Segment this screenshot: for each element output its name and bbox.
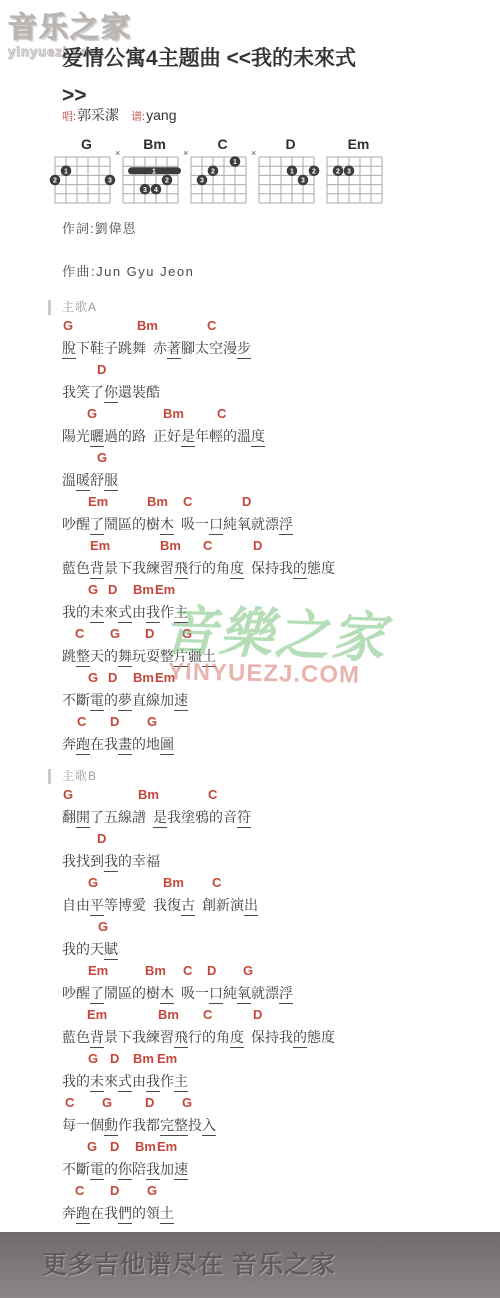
chord-token: Em: [87, 1007, 107, 1022]
chord-token: Bm: [147, 494, 168, 509]
lyric-char: 自: [62, 895, 76, 915]
credit-line: 唱:郭采潔谱:yang: [62, 105, 188, 125]
lyric-char: 區: [118, 514, 132, 534]
lyric-char: 一: [195, 983, 209, 1003]
lyric-char: 角: [216, 558, 230, 578]
lyricist-line: 作詞:劉偉恩: [62, 218, 137, 237]
chord-line: CDG: [62, 1183, 422, 1203]
lyric-char: 加: [160, 690, 174, 710]
lyric-char: 電: [90, 690, 104, 711]
lyric-char: 好: [167, 426, 181, 446]
lyric-char: 的: [293, 1027, 307, 1048]
chord-token: C: [207, 318, 216, 333]
lyric-char: 主: [174, 602, 188, 623]
lyric-line: 我笑了你還裝酷: [62, 382, 422, 406]
lyric-char: 每: [62, 1115, 76, 1135]
chord-token: G: [147, 714, 157, 729]
chord-token: C: [217, 406, 226, 421]
lyric-line: 跳整天的舞玩耍整片疆土: [62, 646, 422, 670]
lyric-char: 飛: [174, 558, 188, 579]
chord-line: G: [62, 450, 422, 470]
chord-diagram-Bm: Bm×1234: [115, 136, 178, 206]
lyric-char: 的: [104, 1159, 118, 1179]
lyric-char: 符: [237, 807, 251, 828]
verse-label-bar: [48, 300, 51, 315]
lyric-char: 舞: [132, 338, 146, 358]
lyric-char: 飛: [174, 1027, 188, 1048]
chord-token: C: [183, 494, 192, 509]
chord-token: Bm: [158, 1007, 179, 1022]
lyric-char: 的: [132, 734, 146, 754]
lyric-char: 由: [132, 1071, 146, 1091]
lyric-line: 我找到我的幸福: [62, 851, 422, 875]
lyric-char: 片: [174, 646, 188, 667]
lyric-char: 酷: [146, 382, 160, 402]
chord-token: D: [145, 1095, 154, 1110]
lyric-char: 正: [153, 426, 167, 446]
lyric-char: 脫: [62, 338, 76, 359]
lyric-char: 創: [202, 895, 216, 915]
chord-diagram-D: D×123: [251, 136, 314, 206]
lyric-char: 是: [153, 807, 167, 828]
chord-diagram-Em: Em23: [319, 136, 382, 206]
lyric-char: 們: [118, 1203, 132, 1224]
lyric-line: 藍色背景下我練習飛行的角度保持我的態度: [62, 558, 422, 582]
lyric-char: 整: [174, 1115, 188, 1136]
lyric-char: 陽: [62, 426, 76, 446]
chord-line: EmBmCD: [62, 538, 422, 558]
lyric-char: 由: [76, 895, 90, 915]
lyric-char: 的: [76, 602, 90, 622]
lyric-char: 藍: [62, 558, 76, 578]
chord-token: Em: [157, 1051, 177, 1066]
lyric-char: 舒: [90, 470, 104, 490]
svg-text:3: 3: [200, 178, 204, 185]
chord-line: D: [62, 831, 422, 851]
lyric-line: 自由平等博愛我復古創新演出: [62, 895, 422, 919]
lyric-char: 吸: [181, 514, 195, 534]
lyric-char: 的: [209, 807, 223, 827]
lyric-char: 我: [279, 1027, 293, 1047]
lyric-char: 木: [160, 983, 174, 1004]
lyric-char: 路: [132, 426, 146, 446]
lyric-char: 一: [195, 514, 209, 534]
lyric-char: 笑: [76, 382, 90, 402]
lyric-char: 賦: [104, 939, 118, 960]
chord-token: G: [102, 1095, 112, 1110]
lyric-char: 度: [251, 426, 265, 447]
chord-token: Bm: [145, 963, 166, 978]
lyric-char: 我: [104, 851, 118, 872]
chord-line: CDG: [62, 714, 422, 734]
lyric-char: 我: [62, 382, 76, 402]
lyric-char: 態: [307, 558, 321, 578]
svg-text:3: 3: [301, 178, 305, 185]
lyric-char: 色: [76, 1027, 90, 1047]
lyric-char: 裝: [132, 382, 146, 402]
lyric-line: 我的天賦: [62, 939, 422, 963]
lyric-char: 我: [62, 602, 76, 622]
lyric-char: 行: [188, 1027, 202, 1047]
chord-token: G: [88, 1051, 98, 1066]
svg-text:1: 1: [152, 168, 156, 175]
chord-token: Bm: [133, 670, 154, 685]
lyric-char: 未: [90, 602, 104, 623]
lyric-char: 譜: [132, 807, 146, 827]
chord-token: C: [208, 787, 217, 802]
lyric-char: 我: [279, 558, 293, 578]
chord-token: D: [253, 1007, 262, 1022]
singer-label: 唱:: [62, 111, 76, 123]
lyric-char: 暖: [76, 470, 90, 491]
lyric-char: 度: [230, 1027, 244, 1048]
lyric-char: 的: [104, 690, 118, 710]
lyric-char: 由: [132, 602, 146, 622]
chord-line: GBmC: [62, 787, 422, 807]
chord-line: GDBmEm: [62, 670, 422, 690]
lyric-char: 都: [146, 1115, 160, 1135]
chord-line: EmBmCDG: [62, 963, 422, 983]
lyric-char: 習: [160, 558, 174, 578]
lyric-line: 溫暖舒服: [62, 470, 422, 494]
lyric-char: 舞: [118, 646, 132, 667]
lyric-char: 到: [90, 851, 104, 871]
chord-token: G: [63, 787, 73, 802]
lyric-char: 過: [104, 426, 118, 446]
lyric-char: 下: [118, 558, 132, 578]
svg-text:1: 1: [64, 168, 68, 175]
lyric-char: 空: [209, 338, 223, 358]
lyric-char: 漫: [223, 338, 237, 358]
lyric-char: 未: [90, 1071, 104, 1092]
lyric-char: 練: [146, 1027, 160, 1047]
lyric-char: 不: [62, 690, 76, 710]
lyric-char: 木: [160, 514, 174, 535]
chord-token: G: [87, 1139, 97, 1154]
lyric-char: 的: [293, 558, 307, 579]
lyric-char: 是: [181, 426, 195, 447]
lyric-char: 角: [216, 1027, 230, 1047]
lyric-char: 光: [76, 426, 90, 446]
lyric-char: 景: [104, 1027, 118, 1047]
lyric-char: 的: [202, 558, 216, 578]
chord-token: Em: [90, 538, 110, 553]
verse-section: 主歌AGBmC脫下鞋子跳舞赤著腳太空漫步D我笑了你還裝酷GBmC陽光曬過的路正好…: [62, 299, 422, 758]
chord-token: D: [108, 670, 117, 685]
lyric-char: 的: [76, 1071, 90, 1091]
lyric-char: 愛: [132, 895, 146, 915]
lyric-char: 純: [223, 983, 237, 1003]
chord-diagram-G: G123: [47, 136, 110, 206]
lyric-char: 新: [216, 895, 230, 915]
chord-grid: 23: [319, 152, 382, 206]
lyric-char: 的: [202, 1027, 216, 1047]
lyric-char: 速: [174, 1159, 188, 1180]
chord-diagram-C: C×123: [183, 136, 246, 206]
lyric-line: 每一個動作我都完整投入: [62, 1115, 422, 1139]
chord-token: D: [145, 626, 154, 641]
lyric-char: 就: [251, 514, 265, 534]
lyric-char: 度: [321, 1027, 335, 1047]
svg-text:3: 3: [347, 168, 351, 175]
chord-token: D: [97, 831, 106, 846]
lyric-char: 態: [307, 1027, 321, 1047]
lyric-char: 下: [76, 338, 90, 358]
lyric-char: 斷: [76, 1159, 90, 1179]
lyric-char: 的: [76, 939, 90, 959]
chord-token: Bm: [133, 582, 154, 597]
chord-token: C: [203, 1007, 212, 1022]
lyric-char: 我: [104, 1203, 118, 1223]
lyric-char: 服: [104, 470, 118, 491]
lyric-char: 藍: [62, 1027, 76, 1047]
lyric-char: 領: [146, 1203, 160, 1223]
lyric-char: 塗: [181, 807, 195, 827]
lyric-char: 跳: [62, 646, 76, 666]
chord-token: Em: [88, 494, 108, 509]
lyric-char: 還: [118, 382, 132, 402]
lyric-char: 五: [104, 807, 118, 827]
lyric-char: 吵: [62, 983, 76, 1003]
verse-label-bar: [48, 769, 51, 784]
lyric-line: 陽光曬過的路正好是年輕的溫度: [62, 426, 422, 450]
lyric-char: 跑: [76, 1203, 90, 1224]
lyric-char: 畫: [118, 734, 132, 755]
lyric-char: 鴉: [195, 807, 209, 827]
lyric-char: 的: [118, 851, 132, 871]
verse-section: 主歌BGBmC翻開了五線譜是我塗鴉的音符D我找到我的幸福GBmC自由平等博愛我復…: [62, 768, 422, 1227]
lyric-char: 夢: [118, 690, 132, 711]
lyric-char: 跑: [76, 734, 90, 755]
lyric-char: 曬: [90, 426, 104, 447]
lyric-line: 翻開了五線譜是我塗鴉的音符: [62, 807, 422, 831]
lyric-char: 保: [251, 558, 265, 578]
lyric-char: 持: [265, 1027, 279, 1047]
chord-token: Bm: [163, 406, 184, 421]
chord-grid: ×123: [251, 152, 314, 206]
lyric-char: 我: [62, 851, 76, 871]
lyric-char: 了: [90, 983, 104, 1004]
muted-string-x: ×: [183, 148, 188, 158]
lyric-char: 找: [76, 851, 90, 871]
lyric-char: 鬧: [104, 514, 118, 534]
lyric-char: 在: [90, 1203, 104, 1223]
arranger-label: 谱:: [131, 111, 145, 123]
lyric-char: 斷: [76, 690, 90, 710]
lyric-char: 太: [195, 338, 209, 358]
chord-diagram-name: Em: [319, 136, 390, 152]
svg-text:3: 3: [143, 187, 147, 194]
chord-token: Em: [155, 582, 175, 597]
lyric-char: 了: [90, 514, 104, 535]
lyric-char: 度: [230, 558, 244, 579]
chord-token: Em: [157, 1139, 177, 1154]
lyric-char: 我: [146, 602, 160, 623]
lyric-char: 吵: [62, 514, 76, 534]
lyric-char: 不: [62, 1159, 76, 1179]
lyric-char: 純: [223, 514, 237, 534]
lyric-char: 土: [160, 1203, 174, 1224]
lyric-char: 我: [132, 558, 146, 578]
lyric-char: 我: [132, 1027, 146, 1047]
lyric-line: 奔跑在我畫的地圖: [62, 734, 422, 758]
lyric-char: 年: [195, 426, 209, 446]
chord-grid: ×123: [183, 152, 246, 206]
chord-line: GDBmEm: [62, 582, 422, 602]
lyric-char: 我: [132, 1115, 146, 1135]
lyric-char: 翻: [62, 807, 76, 827]
lyric-char: 入: [202, 1115, 216, 1136]
lyric-char: 一: [76, 1115, 90, 1135]
lyric-char: 步: [237, 338, 251, 359]
lyric-char: 動: [104, 1115, 118, 1136]
lyric-char: 我: [167, 807, 181, 827]
chord-line: EmBmCD: [62, 494, 422, 514]
lyric-char: 我: [146, 1071, 160, 1092]
chord-diagram-row: G123Bm×1234C×123D×123Em23: [47, 136, 382, 206]
chord-token: Bm: [160, 538, 181, 553]
lyric-char: 溫: [62, 470, 76, 490]
lyric-char: 口: [209, 514, 223, 535]
lyric-line: 脫下鞋子跳舞赤著腳太空漫步: [62, 338, 422, 362]
verse-label: 主歌B: [62, 768, 422, 785]
lyric-char: 圖: [160, 734, 174, 755]
lyric-char: 的: [104, 646, 118, 666]
lyric-char: 個: [90, 1115, 104, 1135]
lyric-char: 輕: [209, 426, 223, 446]
chord-grid: ×1234: [115, 152, 178, 206]
singer-name: 郭采潔: [77, 107, 119, 123]
chord-grid: 123: [47, 152, 110, 206]
lyric-char: 了: [90, 382, 104, 402]
footer-banner: 更多吉他谱尽在 音乐之家 yinyuezj.com: [0, 1232, 500, 1298]
lyric-char: 你: [104, 382, 118, 403]
lyric-line: 吵醒了鬧區的樹木吸一口純氧就漂浮: [62, 983, 422, 1007]
lyric-char: 醒: [76, 514, 90, 534]
svg-text:4: 4: [154, 187, 158, 194]
chord-token: G: [182, 1095, 192, 1110]
chord-token: G: [97, 450, 107, 465]
arranger-name: yang: [146, 107, 176, 123]
muted-string-x: ×: [115, 148, 120, 158]
lyric-char: 鬧: [104, 983, 118, 1003]
lyric-line: 我的未來式由我作主: [62, 1071, 422, 1095]
chord-diagram-name: Bm: [115, 136, 186, 152]
lyric-char: 我: [62, 1071, 76, 1091]
chord-line: D: [62, 362, 422, 382]
lyric-char: 疆: [188, 646, 202, 666]
lyric-char: 耍: [146, 646, 160, 666]
lyric-char: 景: [104, 558, 118, 578]
chord-line: GBmC: [62, 406, 422, 426]
lyric-char: 等: [104, 895, 118, 915]
lyric-char: 來: [104, 602, 118, 622]
lyric-char: 赤: [153, 338, 167, 358]
lyric-char: 鞋: [90, 338, 104, 358]
svg-text:2: 2: [336, 168, 340, 175]
lyric-char: 玩: [132, 646, 146, 666]
lyric-char: 加: [160, 1159, 174, 1179]
lyric-char: 我: [153, 895, 167, 915]
chord-token: D: [110, 1139, 119, 1154]
lyric-char: 出: [244, 895, 258, 916]
chord-token: D: [97, 362, 106, 377]
chord-line: CGDG: [62, 1095, 422, 1115]
lyric-char: 我: [104, 734, 118, 754]
muted-string-x: ×: [251, 148, 256, 158]
lyric-char: 主: [174, 1071, 188, 1092]
lyric-char: 整: [160, 646, 174, 666]
lyric-char: 地: [146, 734, 160, 754]
chord-token: C: [212, 875, 221, 890]
lyric-char: 氧: [237, 514, 251, 534]
lyric-char: 線: [118, 807, 132, 827]
lyric-line: 吵醒了鬧區的樹木吸一口純氧就漂浮: [62, 514, 422, 538]
lyric-char: 練: [146, 558, 160, 578]
lyric-char: 醒: [76, 983, 90, 1003]
lyric-char: 速: [174, 690, 188, 711]
svg-text:2: 2: [211, 168, 215, 175]
svg-text:1: 1: [290, 168, 294, 175]
lyric-char: 行: [188, 558, 202, 578]
chord-token: G: [88, 670, 98, 685]
chord-token: Bm: [133, 1051, 154, 1066]
chord-token: D: [253, 538, 262, 553]
lyric-char: 你: [118, 1159, 132, 1180]
lyric-char: 線: [146, 690, 160, 710]
lyric-char: 跳: [118, 338, 132, 358]
lyric-char: 浮: [279, 514, 293, 535]
lyric-char: 背: [90, 558, 104, 579]
chord-token: D: [110, 714, 119, 729]
lyric-char: 保: [251, 1027, 265, 1047]
chord-token: D: [242, 494, 251, 509]
lyric-char: 口: [209, 983, 223, 1004]
lyric-char: 色: [76, 558, 90, 578]
svg-text:2: 2: [312, 168, 316, 175]
chord-token: G: [87, 406, 97, 421]
lyric-char: 就: [251, 983, 265, 1003]
lyric-char: 腳: [181, 338, 195, 358]
lyric-char: 平: [90, 895, 104, 916]
chord-token: C: [183, 963, 192, 978]
svg-text:1: 1: [233, 159, 237, 166]
lyric-line: 我的未來式由我作主: [62, 602, 422, 626]
lyric-char: 音: [223, 807, 237, 827]
chord-token: D: [108, 582, 117, 597]
chord-line: GBmC: [62, 875, 422, 895]
lyric-char: 演: [230, 895, 244, 915]
chord-token: C: [65, 1095, 74, 1110]
lyric-char: 我: [62, 939, 76, 959]
lyric-char: 開: [76, 807, 90, 828]
chord-token: Bm: [135, 1139, 156, 1154]
lyric-char: 復: [167, 895, 181, 915]
lyric-char: 作: [160, 1071, 174, 1091]
chord-token: G: [88, 875, 98, 890]
verse-label: 主歌A: [62, 299, 422, 316]
lyric-line: 藍色背景下我練習飛行的角度保持我的態度: [62, 1027, 422, 1051]
lyric-char: 下: [118, 1027, 132, 1047]
chord-token: G: [182, 626, 192, 641]
svg-text:2: 2: [53, 178, 57, 185]
lyric-char: 著: [167, 338, 181, 359]
chord-token: Bm: [137, 318, 158, 333]
lyric-char: 的: [132, 1203, 146, 1223]
lyric-char: 度: [321, 558, 335, 578]
chord-token: Bm: [163, 875, 184, 890]
chord-line: EmBmCD: [62, 1007, 422, 1027]
